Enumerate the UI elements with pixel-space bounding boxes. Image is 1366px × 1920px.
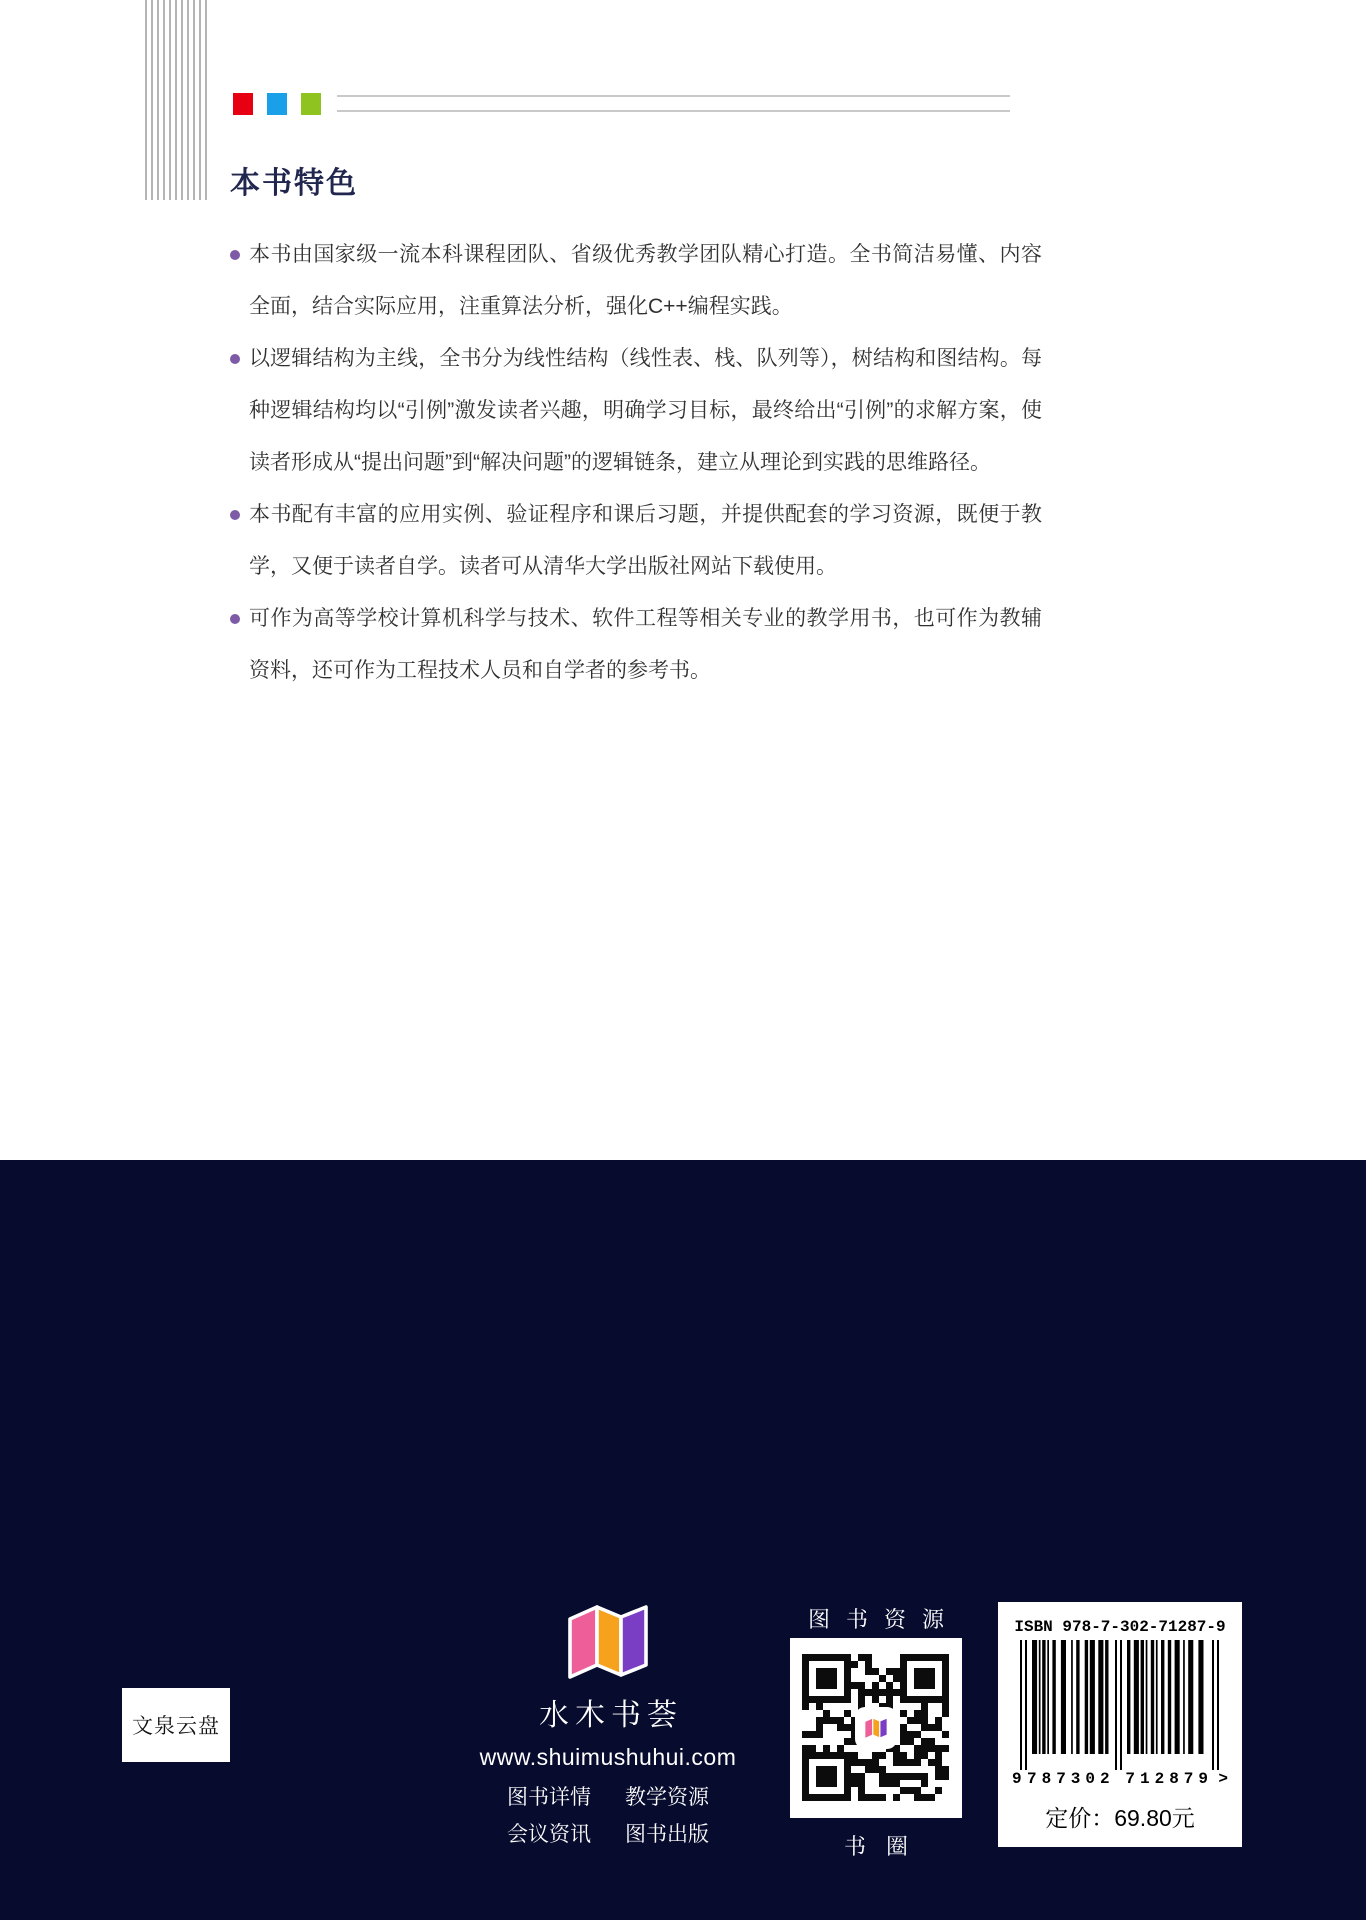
brand-name: 水木书荟 xyxy=(458,1690,758,1734)
folded-book-logo-icon xyxy=(564,1601,652,1681)
green-square-decoration xyxy=(301,93,321,115)
feature-bullet-1: 本书由国家级一流本科课程团队、省级优秀教学团队精心打造。全书简洁易懂、内容全面，… xyxy=(230,229,1042,333)
feature-bullet-4: 可作为高等学校计算机科学与技术、软件工程等相关专业的教学用书，也可作为教辅资料，… xyxy=(230,593,1042,697)
qr-bottom-caption: 书圈 xyxy=(790,1830,962,1861)
link-conference-info: 会议资讯 xyxy=(507,1818,591,1848)
qr-top-caption: 图书资源 xyxy=(790,1603,962,1634)
link-teaching-resources: 教学资源 xyxy=(625,1781,709,1811)
ean-group-1: 787302 xyxy=(1022,1770,1120,1788)
brand-links-row-2: 会议资讯 图书出版 xyxy=(433,1818,783,1848)
cloud-drive-label: 文泉云盘 xyxy=(122,1688,230,1762)
ean-end-mark: > xyxy=(1218,1770,1228,1788)
feature-bullet-3: 本书配有丰富的应用实例、验证程序和课后习题，并提供配套的学习资源，既便于教学，又… xyxy=(230,489,1042,593)
qr-center-book-logo-icon xyxy=(857,1709,895,1747)
ean-barcode-bars xyxy=(1016,1640,1224,1772)
qr-code xyxy=(790,1638,962,1818)
isbn-number: ISBN 978-7-302-71287-9 xyxy=(998,1618,1242,1636)
corner-pinstripes-decoration xyxy=(145,0,209,200)
price-label: 定价：69.80元 xyxy=(998,1800,1242,1833)
ean-left-digit: 9 xyxy=(1012,1770,1022,1788)
header-rule-line-bottom xyxy=(337,110,1010,112)
publisher-footer-section: 文泉云盘 水木书荟 www.shuimushuhui.com 图书详情 教学资源… xyxy=(0,1160,1366,1920)
header-rule-line-top xyxy=(337,95,1010,97)
ean-group-2: 712879 xyxy=(1120,1770,1218,1788)
book-back-cover: 本书特色 本书由国家级一流本科课程团队、省级优秀教学团队精心打造。全书简洁易懂、… xyxy=(0,0,1366,1920)
feature-bullet-2: 以逻辑结构为主线，全书分为线性结构（线性表、栈、队列等），树结构和图结构。每种逻… xyxy=(230,333,1042,489)
brand-website-url: www.shuimushuhui.com xyxy=(433,1744,783,1771)
ean-digits-row: 9 787302 712879 > xyxy=(1012,1768,1228,1788)
blue-square-decoration xyxy=(267,93,287,115)
features-title: 本书特色 xyxy=(230,158,358,202)
brand-links-row-1: 图书详情 教学资源 xyxy=(433,1781,783,1811)
red-square-decoration xyxy=(233,93,253,115)
isbn-barcode-block: ISBN 978-7-302-71287-9 9 787302 712879 >… xyxy=(998,1602,1242,1847)
link-book-publishing: 图书出版 xyxy=(625,1818,709,1848)
features-bullet-list: 本书由国家级一流本科课程团队、省级优秀教学团队精心打造。全书简洁易懂、内容全面，… xyxy=(230,229,1042,697)
link-book-details: 图书详情 xyxy=(507,1781,591,1811)
